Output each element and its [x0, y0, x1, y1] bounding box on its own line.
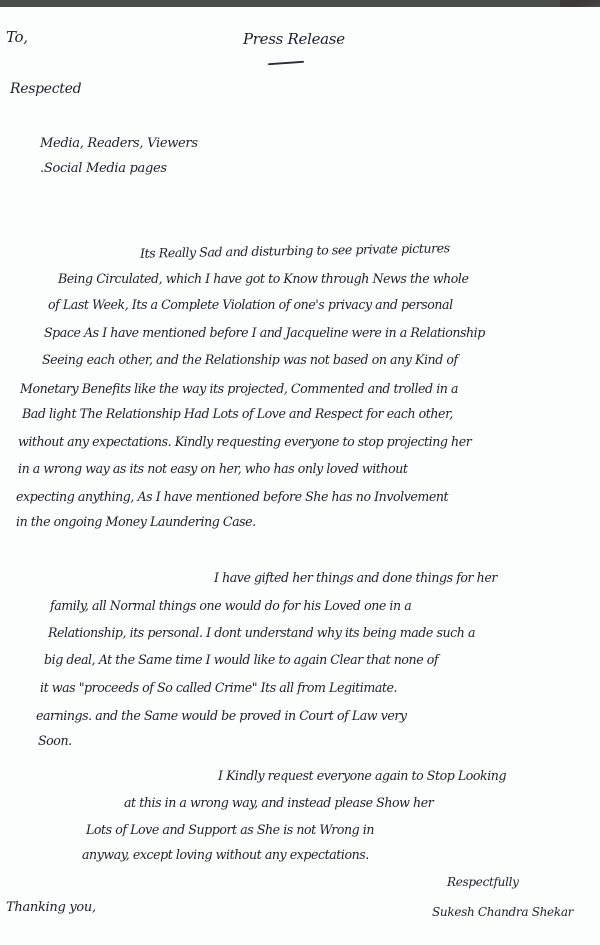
body-line: at this in a wrong way, and instead plea… — [124, 795, 433, 810]
body-line: Being Circulated, which I have got to Kn… — [58, 271, 468, 286]
body-line: in the ongoing Money Laundering Case. — [16, 514, 256, 529]
body-line: I have gifted her things and done things… — [214, 570, 497, 585]
body-line: in a wrong way as its not easy on her, w… — [18, 461, 407, 476]
body-line: of Last Week, Its a Complete Violation o… — [48, 297, 453, 312]
body-line: Lots of Love and Support as She is not W… — [86, 822, 374, 837]
body-line: family, all Normal things one would do f… — [50, 598, 411, 613]
body-line: expecting anything, As I have mentioned … — [16, 489, 448, 504]
body-line: Relationship, its personal. I dont under… — [48, 625, 475, 640]
body-line: anyway, except loving without any expect… — [82, 847, 369, 862]
body-line: earnings. and the Same would be proved i… — [36, 708, 407, 723]
body-line: Soon. — [38, 733, 72, 748]
body-line: without any expectations. Kindly request… — [18, 434, 471, 449]
body-line: it was "proceeds of So called Crime" Its… — [40, 680, 397, 695]
closing-line: Thanking you, — [6, 901, 96, 914]
letter-body: Its Really Sad and disturbing to see pri… — [0, 0, 600, 945]
signature: Sukesh Chandra Shekar — [432, 906, 573, 918]
body-line: Seeing each other, and the Relationship … — [42, 352, 458, 367]
body-line: big deal, At the Same time I would like … — [44, 652, 438, 667]
body-line: Bad light The Relationship Had Lots of L… — [22, 406, 453, 421]
body-line: I Kindly request everyone again to Stop … — [218, 768, 506, 783]
body-line: Its Really Sad and disturbing to see pri… — [140, 240, 450, 260]
body-line: Space As I have mentioned before I and J… — [44, 325, 485, 340]
body-line: Monetary Benefits like the way its proje… — [20, 381, 458, 396]
signoff: Respectfully — [447, 876, 519, 888]
